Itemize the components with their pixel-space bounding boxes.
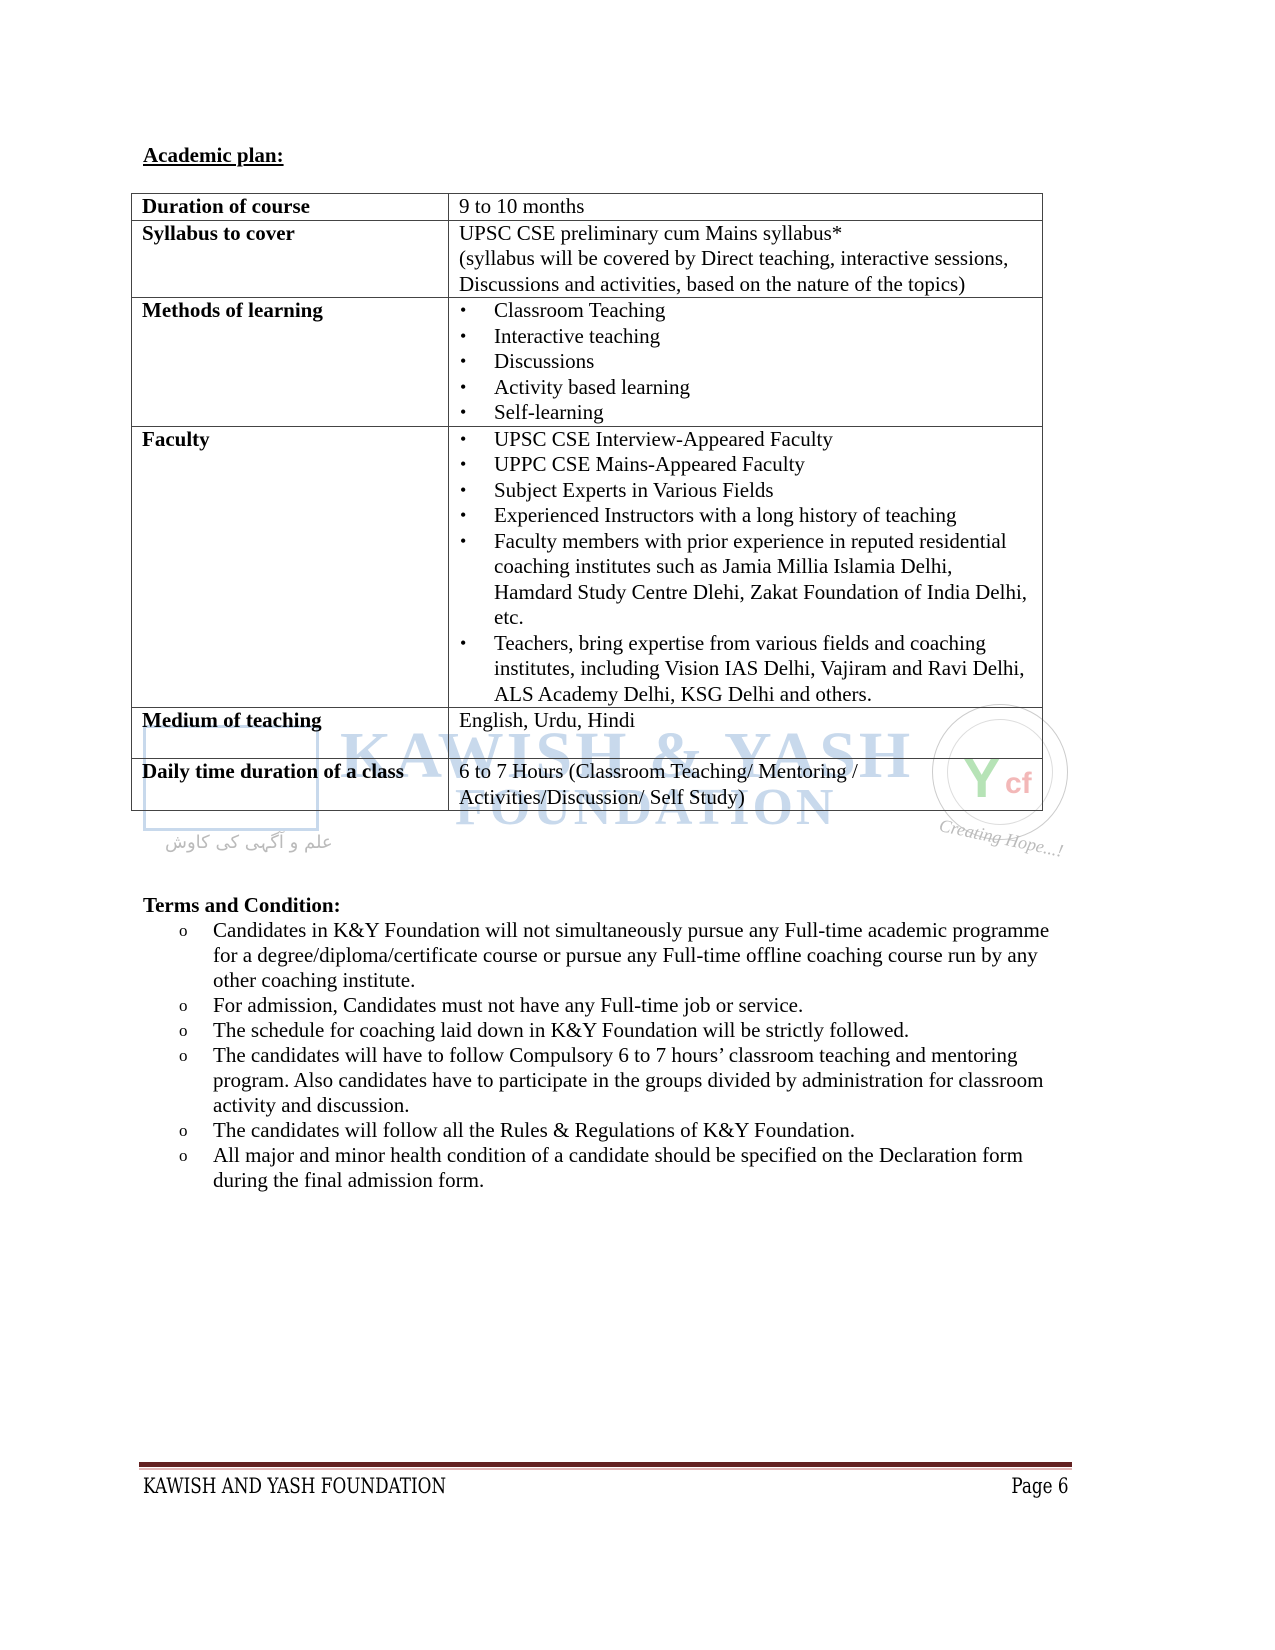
list-item: Self-learning: [494, 400, 1032, 426]
list-item: For admission, Candidates must not have …: [213, 993, 1063, 1018]
table-row: Daily time duration of a class 6 to 7 Ho…: [132, 759, 1043, 811]
row-value: Classroom Teaching Interactive teaching …: [449, 298, 1043, 427]
watermark-urdu-tagline: علم و آگہی کی کاوش: [165, 832, 333, 853]
list-item: Teachers, bring expertise from various f…: [494, 631, 1032, 708]
row-value: 6 to 7 Hours (Classroom Teaching/ Mentor…: [449, 759, 1043, 811]
list-item: The candidates will follow all the Rules…: [213, 1118, 1063, 1143]
row-value: English, Urdu, Hindi: [449, 708, 1043, 759]
list-item: Candidates in K&Y Foundation will not si…: [213, 918, 1063, 993]
list-item: UPSC CSE Interview-Appeared Faculty: [494, 427, 1032, 453]
list-item: The candidates will have to follow Compu…: [213, 1043, 1063, 1118]
list-item: All major and minor health condition of …: [213, 1143, 1063, 1193]
list-item: Subject Experts in Various Fields: [494, 478, 1032, 504]
syllabus-line: UPSC CSE preliminary cum Mains syllabus*: [459, 221, 1032, 247]
row-value: UPSC CSE preliminary cum Mains syllabus*…: [449, 220, 1043, 298]
table-row: Faculty UPSC CSE Interview-Appeared Facu…: [132, 426, 1043, 708]
faculty-list: UPSC CSE Interview-Appeared Faculty UPPC…: [459, 427, 1032, 708]
table-row: Medium of teaching English, Urdu, Hindi: [132, 708, 1043, 759]
table-row: Syllabus to cover UPSC CSE preliminary c…: [132, 220, 1043, 298]
table-row: Methods of learning Classroom Teaching I…: [132, 298, 1043, 427]
terms-heading: Terms and Condition:: [143, 893, 341, 918]
list-item: Interactive teaching: [494, 324, 1032, 350]
page-number: Page 6: [1012, 1474, 1069, 1498]
footer-org-name: KAWISH AND YASH FOUNDATION: [143, 1474, 446, 1498]
list-item: Classroom Teaching: [494, 298, 1032, 324]
list-item: Discussions: [494, 349, 1032, 375]
row-label: Faculty: [132, 426, 449, 708]
academic-plan-heading: Academic plan:: [143, 143, 284, 168]
methods-list: Classroom Teaching Interactive teaching …: [459, 298, 1032, 426]
seal-tagline: Creating Hope...!: [937, 815, 1065, 862]
list-item: Experienced Instructors with a long hist…: [494, 503, 1032, 529]
row-label: Syllabus to cover: [132, 220, 449, 298]
list-item: UPPC CSE Mains-Appeared Faculty: [494, 452, 1032, 478]
list-item: The schedule for coaching laid down in K…: [213, 1018, 1063, 1043]
list-item: Faculty members with prior experience in…: [494, 529, 1032, 631]
row-label: Medium of teaching: [132, 708, 449, 759]
list-item: Activity based learning: [494, 375, 1032, 401]
row-value: UPSC CSE Interview-Appeared Faculty UPPC…: [449, 426, 1043, 708]
table-row: Duration of course 9 to 10 months: [132, 194, 1043, 221]
academic-plan-table: Duration of course 9 to 10 months Syllab…: [131, 193, 1043, 811]
syllabus-line: (syllabus will be covered by Direct teac…: [459, 246, 1032, 297]
footer-rule: [139, 1462, 1072, 1467]
terms-list: Candidates in K&Y Foundation will not si…: [213, 918, 1063, 1193]
row-label: Methods of learning: [132, 298, 449, 427]
row-value: 9 to 10 months: [449, 194, 1043, 221]
row-label: Daily time duration of a class: [132, 759, 449, 811]
footer-rule-accent: [139, 1468, 1072, 1470]
row-label: Duration of course: [132, 194, 449, 221]
